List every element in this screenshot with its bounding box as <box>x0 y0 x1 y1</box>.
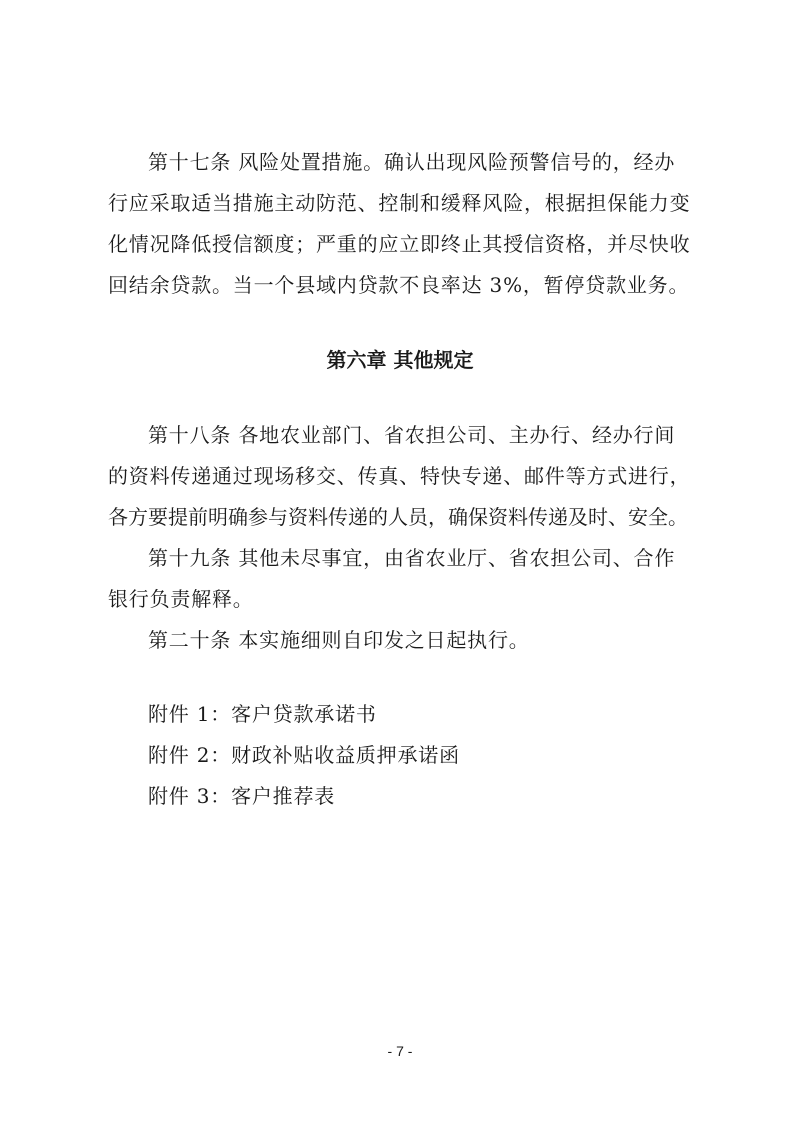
article-17-line: 第十七条 风险处置措施。确认出现风险预警信号的，经办 <box>148 150 675 174</box>
article-18-line: 第十八条 各地农业部门、省农担公司、主办行、经办行间 <box>148 423 675 447</box>
article-19-line: 第十九条 其他未尽事宜，由省农业厅、省农担公司、合作 <box>148 546 675 570</box>
article-20-line: 第二十条 本实施细则自印发之日起执行。 <box>148 628 530 652</box>
article-18-line: 的资料传递通过现场移交、传真、特快专递、邮件等方式进行， <box>108 464 690 488</box>
chapter-heading: 第六章 其他规定 <box>0 348 800 372</box>
article-17-line: 化情况降低授信额度；严重的应立即终止其授信资格，并尽快收 <box>108 232 690 256</box>
article-19-line: 银行负责解释。 <box>108 587 254 611</box>
attachment-item: 附件 3：客户推荐表 <box>148 784 335 808</box>
attachment-item: 附件 1：客户贷款承诺书 <box>148 702 377 726</box>
article-18-line: 各方要提前明确参与资料传递的人员，确保资料传递及时、安全。 <box>108 505 688 529</box>
page-number: - 7 - <box>0 1043 800 1059</box>
article-17-line: 回结余贷款。当一个县域内贷款不良率达 3%，暂停贷款业务。 <box>108 273 689 297</box>
document-page: 第十七条 风险处置措施。确认出现风险预警信号的，经办 行应采取适当措施主动防范、… <box>0 0 800 1131</box>
attachment-item: 附件 2：财政补贴收益质押承诺函 <box>148 743 460 767</box>
article-17-line: 行应采取适当措施主动防范、控制和缓释风险，根据担保能力变 <box>108 191 690 215</box>
